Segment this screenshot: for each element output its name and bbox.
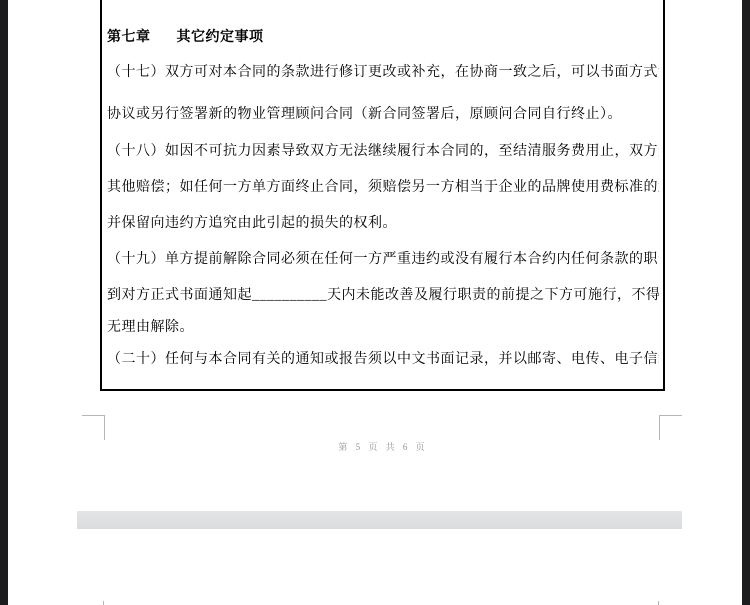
margin-crop-mark-bottom-left-v	[104, 415, 105, 440]
document-page[interactable]: 第七章其它约定事项 （十七）双方可对本合同的条款进行修订更改或补充，在协商一致之…	[8, 0, 742, 605]
chapter-label: 第七章	[107, 30, 151, 45]
margin-crop-mark-bottom-right-h	[659, 415, 682, 416]
contract-text-line[interactable]: （二十）任何与本合同有关的通知或报告须以中文书面记录，并以邮寄、电传、电子信箱、…	[107, 349, 659, 371]
contract-text-line[interactable]: 无理由解除。	[107, 317, 659, 339]
contract-text-line[interactable]: 协议或另行签署新的物业管理顾问合同（新合同签署后，原顾问合同自行终止）。	[107, 104, 659, 126]
next-page-crop-mark-left	[103, 601, 104, 605]
contract-text-line[interactable]: （十九）单方提前解除合同必须在任何一方严重违约或没有履行本合约内任何条款的职责，…	[107, 249, 659, 271]
window-edge-bar-left	[0, 0, 8, 605]
page-number-footer: 第 5 页 共 6 页	[8, 440, 750, 453]
contract-text-line-with-blank-field[interactable]: 到对方正式书面通知起__________天内未能改善及履行职责的前提之下方可施行…	[107, 285, 659, 307]
contract-clause-box[interactable]: 第七章其它约定事项 （十七）双方可对本合同的条款进行修订更改或补充，在协商一致之…	[100, 0, 665, 391]
contract-text-line[interactable]: （十八）如因不可抗力因素导致双方无法继续履行本合同的，至结清服务费用止，双方无需…	[107, 141, 659, 163]
page-gap-separator	[77, 511, 682, 529]
contract-text-line[interactable]: 并保留向违约方追究由此引起的损失的权利。	[107, 213, 659, 235]
window-edge-bar-right	[742, 0, 750, 605]
margin-crop-mark-bottom-left-h	[82, 415, 105, 416]
next-page-crop-mark-right	[658, 601, 659, 605]
chapter-heading: 第七章其它约定事项	[107, 27, 659, 49]
contract-text-line[interactable]: 其他赔偿；如任何一方单方面终止合同，须赔偿另一方相当于企业的品牌使用费标准的违约…	[107, 177, 659, 199]
chapter-title: 其它约定事项	[177, 30, 264, 45]
margin-crop-mark-bottom-right-v	[659, 415, 660, 440]
contract-text-line[interactable]: （十七）双方可对本合同的条款进行修订更改或补充，在协商一致之后，可以书面方式签订…	[107, 62, 659, 84]
